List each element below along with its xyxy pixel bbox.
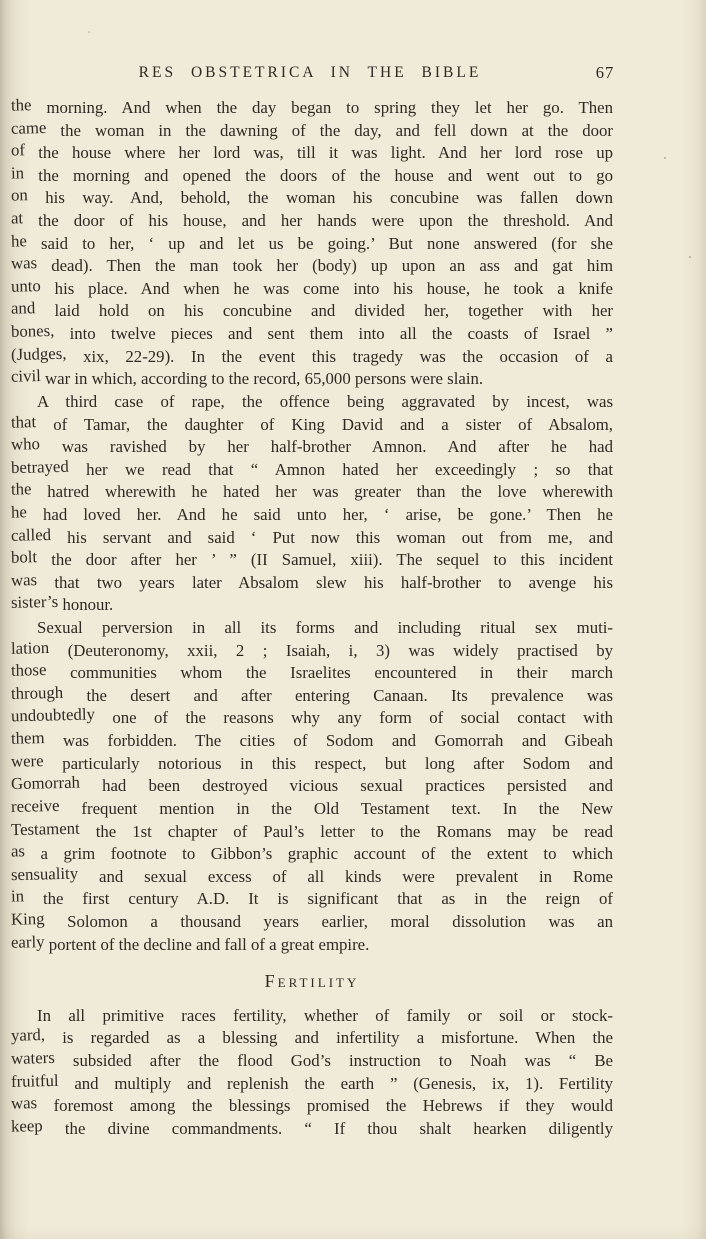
text-line: and laid hold on his concubine and divid…	[11, 300, 613, 323]
curled-first-word: as	[11, 840, 25, 863]
curled-first-word: them	[11, 727, 45, 750]
curled-first-word: came	[11, 117, 47, 140]
text-line: the morning. And when the day began to s…	[11, 97, 613, 120]
curled-first-word: and	[11, 298, 36, 321]
curled-first-word: was	[11, 1092, 38, 1115]
curled-first-word: sister’s	[11, 591, 59, 615]
section-heading: Fertility	[11, 970, 613, 993]
text-line: was dead). Then the man took her (body) …	[11, 255, 613, 278]
text-line: fruitful and multiply and replenish the …	[11, 1073, 613, 1096]
text-line: bones, into twelve pieces and sent them …	[11, 323, 613, 346]
text-line: those communities whom the Israelites en…	[11, 662, 613, 685]
text-line: sister’s honour.	[11, 594, 613, 617]
curled-first-word: bones,	[11, 320, 55, 344]
curled-first-word: early	[11, 931, 45, 954]
text-line: was foremost among the blessings promise…	[11, 1095, 613, 1118]
curled-first-word: he	[11, 501, 27, 524]
curled-first-word: of	[11, 139, 25, 162]
curled-first-word: in	[11, 886, 25, 909]
curled-first-word: called	[11, 524, 52, 548]
curled-first-word: who	[11, 433, 40, 456]
running-header: RES OBSTETRICA IN THE BIBLE	[10, 64, 610, 82]
scanned-book-page: RES OBSTETRICA IN THE BIBLE 67 the morni…	[0, 0, 706, 1239]
text-line: the hatred wherewith he hated her was gr…	[11, 481, 613, 504]
curled-first-word: unto	[11, 275, 41, 298]
text-line: through the desert and after entering Ca…	[11, 685, 613, 708]
page-number: 67	[588, 63, 622, 83]
scan-speck	[664, 157, 666, 159]
curled-first-word: King	[11, 908, 45, 931]
text-line: called his servant and said ‘ Put now th…	[11, 527, 613, 550]
text-line: in the first century A.D. It is signific…	[11, 888, 613, 911]
curled-first-word: the	[11, 479, 32, 502]
text-line: lation (Deuteronomy, xxii, 2 ; Isaiah, i…	[11, 640, 613, 663]
curled-first-word: civil	[11, 365, 41, 388]
curled-first-word: yard,	[11, 1024, 46, 1047]
text-line: were particularly notorious in this resp…	[11, 753, 613, 776]
text-line: King Solomon a thousand years earlier, m…	[11, 911, 613, 934]
text-line: as a grim footnote to Gibbon’s graphic a…	[11, 843, 613, 866]
text-line: yard, is regarded as a blessing and infe…	[11, 1027, 613, 1050]
text-line: undoubtedly one of the reasons why any f…	[11, 707, 613, 730]
curled-first-word: betrayed	[11, 455, 69, 479]
curled-first-word: lation	[11, 637, 50, 660]
curled-first-word: at	[11, 207, 24, 230]
curled-first-word: in	[11, 162, 25, 185]
curled-first-word: that	[11, 411, 37, 434]
text-line: sensuality and sexual excess of all kind…	[11, 866, 613, 889]
curled-first-word: fruitful	[11, 1069, 59, 1093]
curled-first-word: waters	[11, 1047, 55, 1071]
text-line: Testament the 1st chapter of Paul’s lett…	[11, 821, 613, 844]
curled-first-word: receive	[11, 795, 60, 819]
text-line: unto his place. And when he was come int…	[11, 278, 613, 301]
text-line: betrayed her we read that “ Amnon hated …	[11, 459, 613, 482]
curled-first-word: those	[11, 659, 47, 682]
curled-first-word: were	[11, 750, 44, 773]
scan-speck	[88, 31, 90, 33]
text-line: was that two years later Absalom slew hi…	[11, 572, 613, 595]
text-line: came the woman in the dawning of the day…	[11, 120, 613, 143]
text-column: the morning. And when the day began to s…	[11, 97, 613, 1140]
text-line: he said to her, ‘ up and let us be going…	[11, 233, 613, 256]
text-line: Sexual perversion in all its forms and i…	[11, 617, 613, 640]
text-line: bolt the door after her ’ ” (II Samuel, …	[11, 549, 613, 572]
text-line: in the morning and opened the doors of t…	[11, 165, 613, 188]
text-line: (Judges, xix, 22-29). In the event this …	[11, 346, 613, 369]
curled-first-word: on	[11, 185, 28, 208]
text-line: of the house where her lord was, till it…	[11, 142, 613, 165]
curled-first-word: undoubtedly	[11, 704, 95, 729]
text-line: civil war in which, according to the rec…	[11, 368, 613, 391]
text-line: who was ravished by her half-brother Amn…	[11, 436, 613, 459]
text-line: them was forbidden. The cities of Sodom …	[11, 730, 613, 753]
text-line: he had loved her. And he said unto her, …	[11, 504, 613, 527]
text-line: In all primitive races fertility, whethe…	[11, 1005, 613, 1028]
text-line: on his way. And, behold, the woman his c…	[11, 187, 613, 210]
scan-speck	[689, 256, 691, 258]
text-line: receive frequent mention in the Old Test…	[11, 798, 613, 821]
text-line: at the door of his house, and her hands …	[11, 210, 613, 233]
curled-first-word: the	[11, 94, 32, 117]
running-title: RES OBSTETRICA IN THE BIBLE	[139, 64, 482, 82]
text-line: A third case of rape, the offence being …	[11, 391, 613, 414]
curled-first-word: was	[11, 569, 38, 592]
text-line: waters subsided after the flood God’s in…	[11, 1050, 613, 1073]
text-line: that of Tamar, the daughter of King Davi…	[11, 414, 613, 437]
curled-first-word: he	[11, 230, 27, 253]
text-line: keep the divine commandments. “ If thou …	[11, 1118, 613, 1141]
curled-first-word: keep	[11, 1115, 43, 1138]
curled-first-word: was	[11, 252, 38, 275]
curled-first-word: through	[11, 682, 64, 706]
curled-first-word: sensuality	[11, 862, 79, 886]
curled-first-word: bolt	[11, 546, 38, 569]
curled-first-word: Gomorrah	[11, 772, 80, 796]
curled-first-word: Testament	[11, 817, 80, 841]
curled-first-word: (Judges,	[11, 342, 67, 366]
text-line: Gomorrah had been destroyed vicious sexu…	[11, 775, 613, 798]
text-line: early portent of the decline and fall of…	[11, 934, 613, 957]
